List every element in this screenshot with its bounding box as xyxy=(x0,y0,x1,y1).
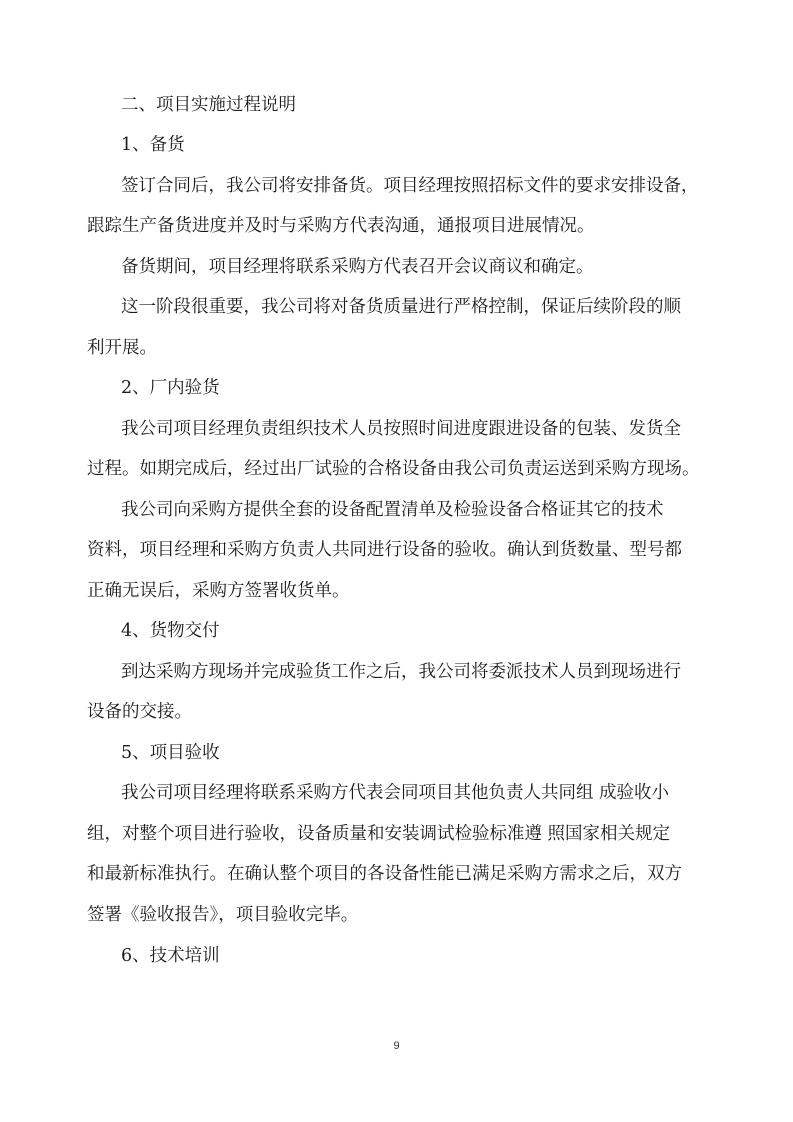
section-heading: 4、货物交付 xyxy=(121,620,220,642)
paragraph-line: 这一阶段很重要，我公司将对备货质量进行严格控制，保证后续阶段的顺 xyxy=(121,296,681,318)
paragraph-line: 过程。如期完成后，经过出厂试验的合格设备由我公司负责运送到采购方现场。 xyxy=(87,458,700,480)
document-page: 二、项目实施过程说明1、备货签订合同后，我公司将安排备货。项目经理按照招标文件的… xyxy=(0,0,793,1122)
paragraph-line: 和最新标准执行。在确认整个项目的各设备性能已满足采购方需求之后，双方 xyxy=(87,863,682,885)
paragraph-line: 资料，项目经理和采购方负责人共同进行设备的验收。确认到货数量、型号都 xyxy=(87,539,682,561)
paragraph-line: 正确无误后，采购方签署收货单。 xyxy=(87,580,350,602)
paragraph-line: 设备的交接。 xyxy=(87,701,192,723)
page-number: 9 xyxy=(0,1040,793,1052)
paragraph-line: 我公司项目经理负责组织技术人员按照时间进度跟进设备的包装、发货全 xyxy=(121,418,681,440)
paragraph-line: 组，对整个项目进行验收，设备质量和安装调试检验标准遵 照国家相关规定 xyxy=(87,823,670,845)
paragraph-line: 我公司向采购方提供全套的设备配置清单及检验设备合格证其它的技术 xyxy=(121,499,664,521)
section-heading: 6、技术培训 xyxy=(121,945,220,967)
section-heading: 二、项目实施过程说明 xyxy=(121,94,296,116)
paragraph-line: 到达采购方现场并完成验货工作之后，我公司将委派技术人员到现场进行 xyxy=(121,661,681,683)
paragraph-line: 签订合同后，我公司将安排备货。项目经理按照招标文件的要求安排设备， xyxy=(121,175,699,197)
section-heading: 5、项目验收 xyxy=(121,742,220,764)
paragraph-line: 备货期间，项目经理将联系采购方代表召开会议商议和确定。 xyxy=(121,256,594,278)
paragraph-line: 我公司项目经理将联系采购方代表会同项目其他负责人共同组 成验收小 xyxy=(121,782,669,804)
paragraph-line: 利开展。 xyxy=(87,337,157,359)
paragraph-line: 跟踪生产备货进度并及时与采购方代表沟通，通报项目进展情况。 xyxy=(87,215,595,237)
section-heading: 1、备货 xyxy=(121,134,185,156)
paragraph-line: 签署《验收报告》，项目验收完毕。 xyxy=(87,904,358,926)
section-heading: 2、厂内验货 xyxy=(121,377,220,399)
